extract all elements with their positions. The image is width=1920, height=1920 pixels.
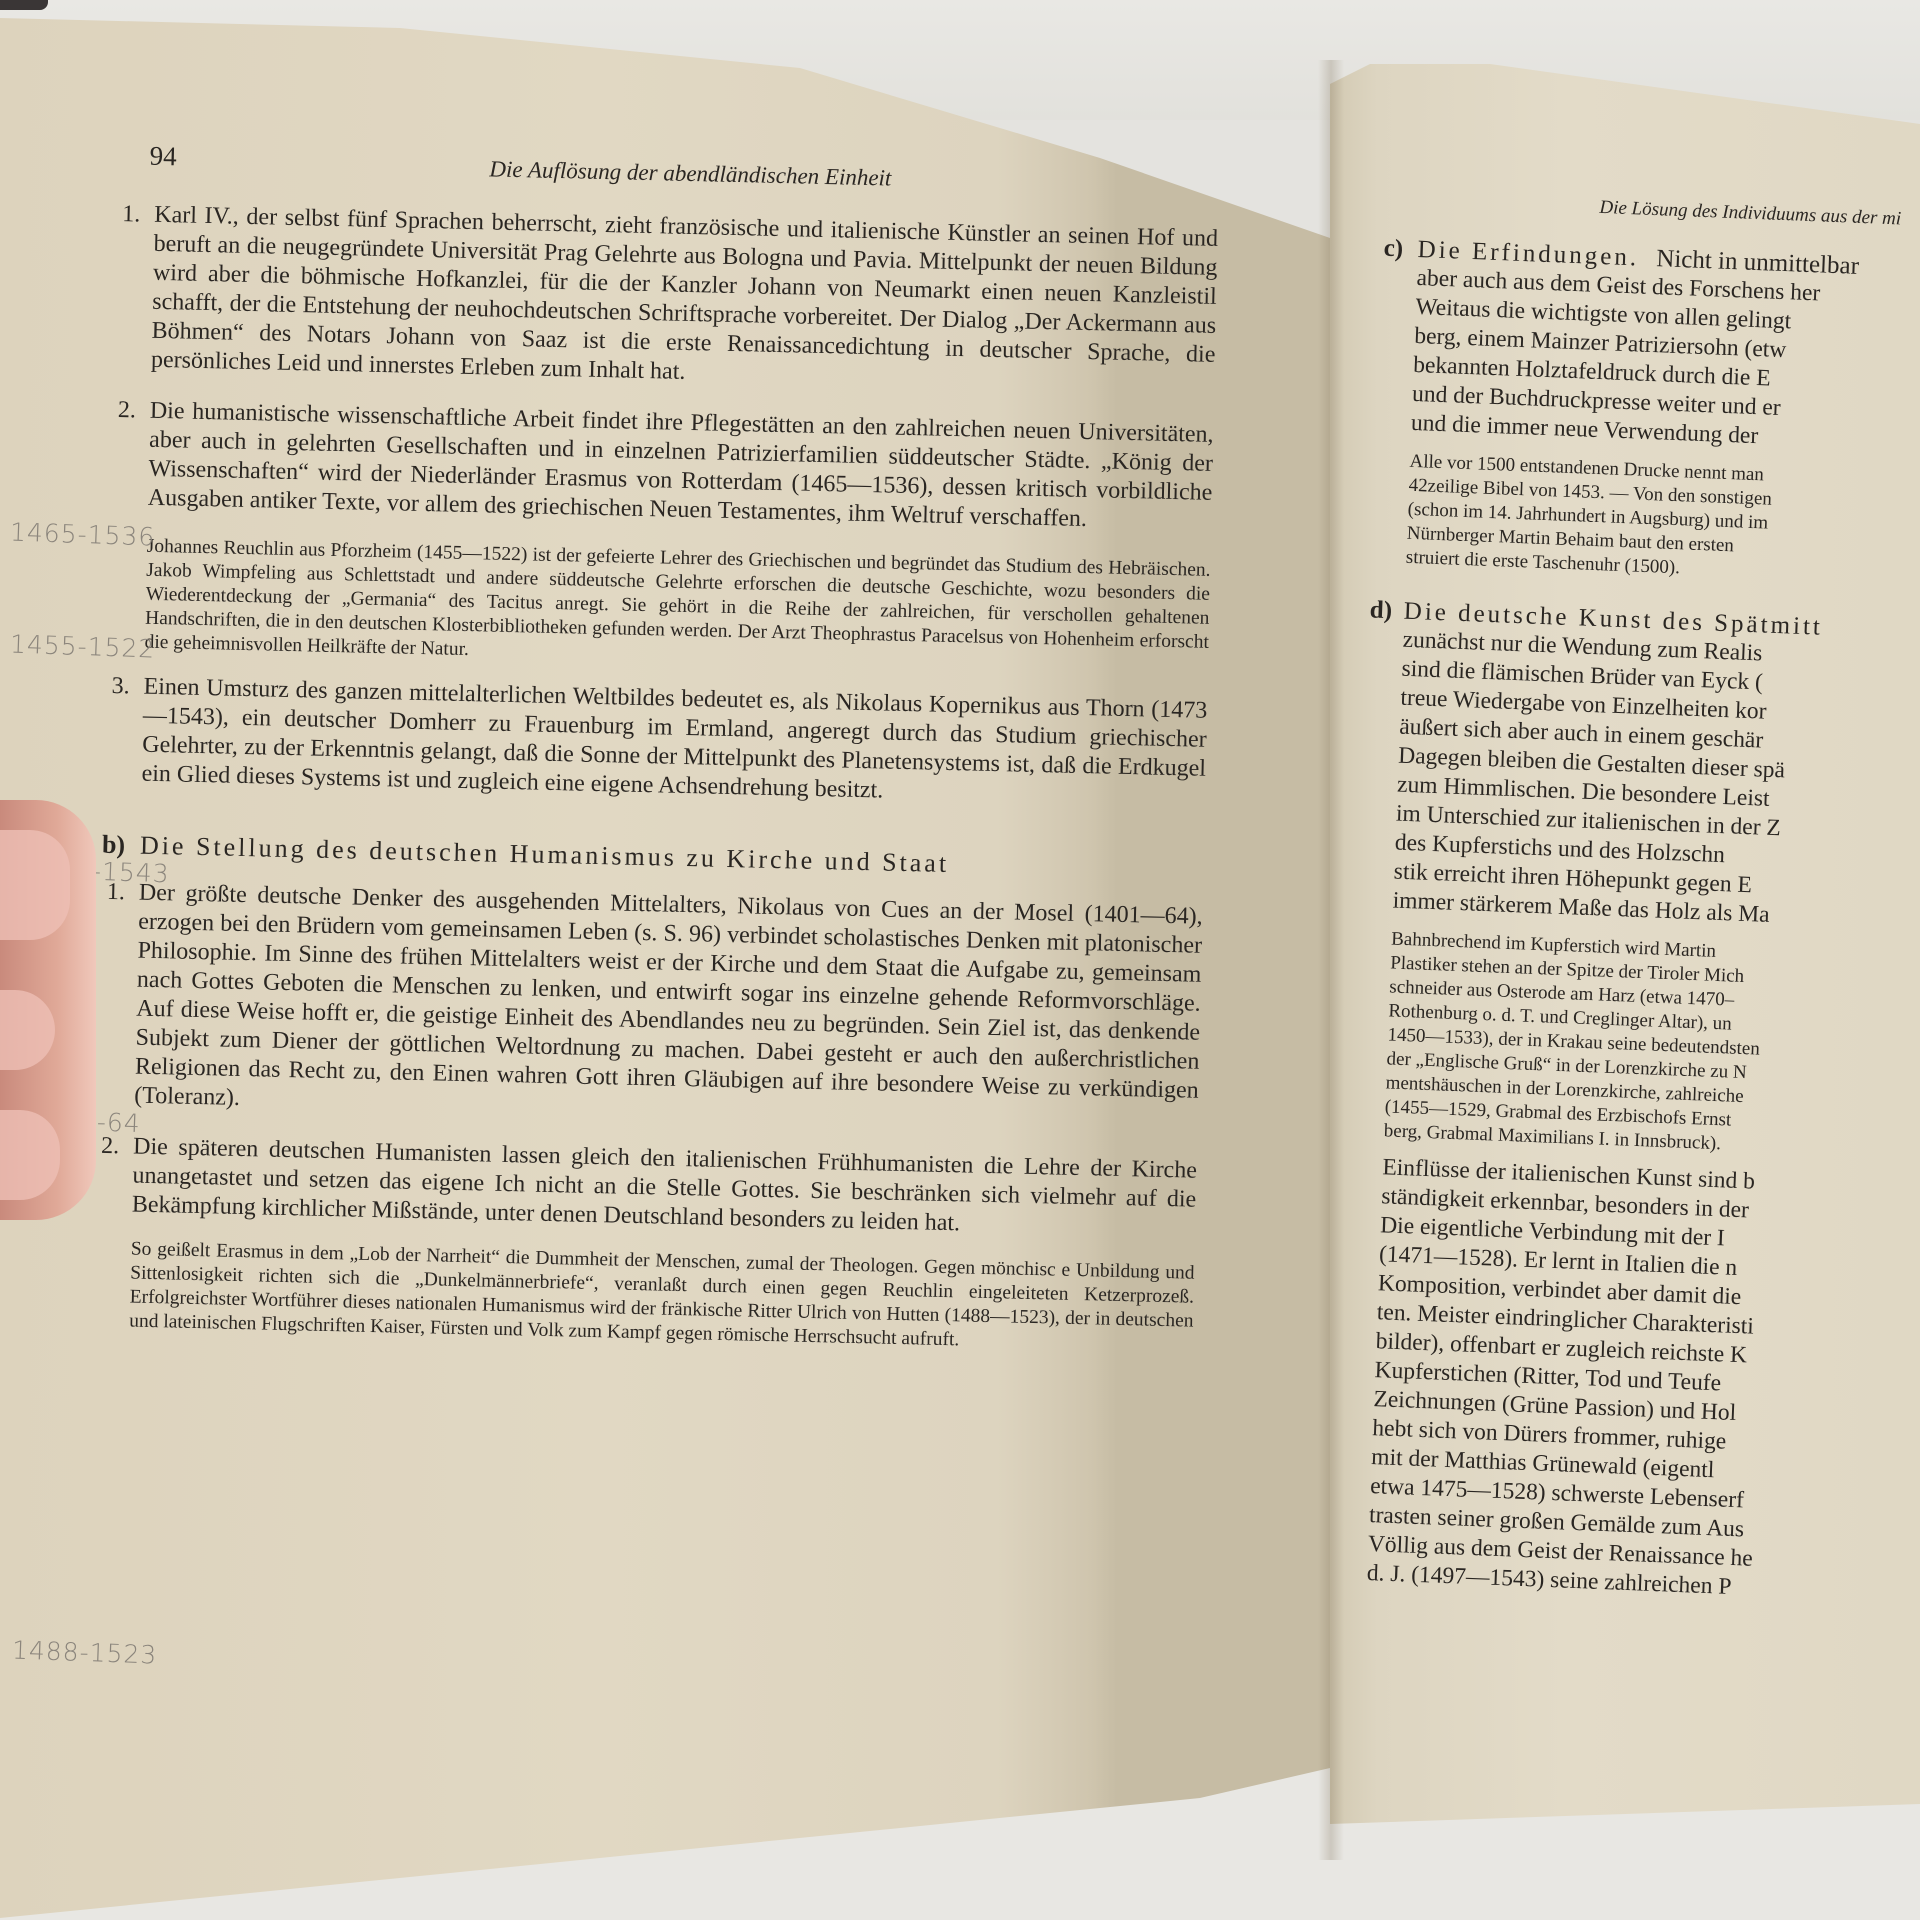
small-print-paragraph: Johannes Reuchlin aus Pforzheim (1455—15… [144,535,1210,679]
item-text: Die humanistische wissenschaftliche Arbe… [148,398,1214,532]
section-d-text: zunächst nur die Wendung zum Realis sind… [1392,626,1920,936]
handwritten-margin-note: 1488-1523 [12,1635,158,1669]
item-text: Karl IV., der selbst fünf Sprachen beher… [151,202,1219,385]
item-text: Der größte deutsche Denker des ausgehend… [134,880,1203,1111]
section-c-text: aber auch aus dem Geist des Forschens he… [1410,264,1920,458]
list-item: 1. Der größte deutsche Denker des ausgeh… [134,879,1203,1135]
book-gutter [1318,60,1344,1860]
section-label: b) [102,830,126,861]
handwritten-margin-note: 1465-1536 [10,517,156,551]
handwritten-margin-note: -1543 [92,857,171,889]
fingernail [0,830,70,940]
left-page-content: 94 Die Auflösung der abendländischen Ein… [93,140,1220,1358]
item-text: Einen Umsturz des ganzen mittelalterlich… [141,674,1207,804]
item-number: 1. [122,200,141,229]
right-page-content: Die Lösung des Individuums aus der mi c)… [1366,190,1920,1608]
book-cover-corner [0,0,48,10]
section-label: d) [1369,596,1392,625]
small-print-paragraph: Alle vor 1500 entstandenen Drucke nennt … [1405,450,1920,590]
section-label: c) [1383,235,1403,264]
list-item: 2. Die humanistische wissenschaftliche A… [148,397,1214,537]
list-item: 1. Karl IV., der selbst fünf Sprachen be… [151,201,1219,399]
small-print-paragraph: Bahnbrechend im Kupferstich wird Martin … [1383,927,1911,1163]
list-item: 3. Einen Umsturz des ganzen mittelalterl… [141,673,1207,813]
page-number: 94 [149,141,177,173]
item-number: 2. [118,396,137,425]
handwritten-margin-note: 1455-1522 [10,629,156,663]
section-d-continued-text: Einflüsse der italienischen Kunst sind b… [1366,1153,1902,1608]
item-number: 3. [111,672,130,701]
